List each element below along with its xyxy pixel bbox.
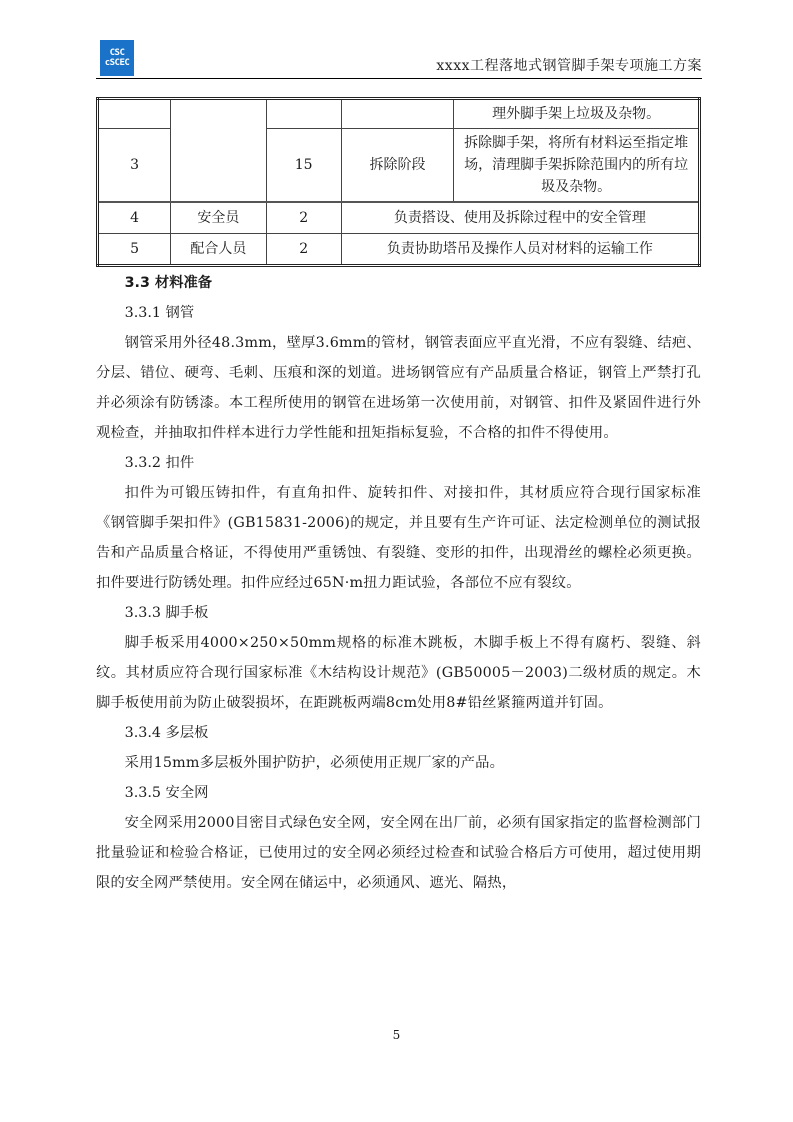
page-header: CSC cSCEC xxxx工程落地式钢管脚手架专项施工方案	[96, 38, 702, 79]
cell-count	[266, 99, 341, 129]
cell-stage	[341, 99, 453, 129]
paragraph-steel-pipe: 钢管采用外径48.3mm，壁厚3.6mm的管材，钢管表面应平直光滑，不应有裂缝、…	[96, 328, 701, 448]
cell-no	[98, 99, 171, 129]
table-row: 理外脚手架上垃圾及杂物。	[98, 99, 700, 129]
section-heading: 3.3 材料准备	[96, 268, 701, 298]
cell-role: 配合人员	[171, 234, 266, 266]
document-title: xxxx工程落地式钢管脚手架专项施工方案	[436, 55, 702, 75]
page-number: 5	[0, 1028, 793, 1042]
cell-role: 安全员	[171, 202, 266, 234]
cell-count: 2	[266, 202, 341, 234]
cell-role	[171, 99, 266, 202]
staffing-table: 理外脚手架上垃圾及杂物。 3 15 拆除阶段 拆除脚手架，将所有材料运至指定堆场…	[96, 97, 701, 267]
cell-duty: 负责协助塔吊及操作人员对材料的运输工作	[341, 234, 699, 266]
subsection-heading-plywood: 3.3.4 多层板	[96, 718, 701, 748]
cell-duty: 负责搭设、使用及拆除过程中的安全管理	[341, 202, 699, 234]
paragraph-fasteners: 扣件为可锻压铸扣件，有直角扣件、旋转扣件、对接扣件，其材质应符合现行国家标准《钢…	[96, 478, 701, 598]
cell-no: 5	[98, 234, 171, 266]
paragraph-plywood: 采用15mm多层板外围护防护，必须使用正规厂家的产品。	[96, 748, 701, 778]
cell-no: 4	[98, 202, 171, 234]
company-logo-icon: CSC cSCEC	[100, 40, 134, 76]
cell-count: 15	[266, 129, 341, 202]
paragraph-scaffold-board: 脚手板采用4000×250×50mm规格的标准木跳板，木脚手板上不得有腐朽、裂缝…	[96, 628, 701, 718]
cell-no: 3	[98, 129, 171, 202]
logo-line-2: cSCEC	[105, 58, 130, 68]
subsection-heading-scaffold-board: 3.3.3 脚手板	[96, 598, 701, 628]
cell-desc: 拆除脚手架，将所有材料运至指定堆场，清理脚手架拆除范围内的所有垃圾及杂物。	[454, 129, 700, 202]
subsection-heading-safety-net: 3.3.5 安全网	[96, 778, 701, 808]
cell-desc: 理外脚手架上垃圾及杂物。	[454, 99, 700, 129]
logo-line-1: CSC	[110, 48, 125, 58]
cell-count: 2	[266, 234, 341, 266]
subsection-heading-fasteners: 3.3.2 扣件	[96, 448, 701, 478]
subsection-heading-steel-pipe: 3.3.1 钢管	[96, 298, 701, 328]
document-body: 3.3 材料准备 3.3.1 钢管 钢管采用外径48.3mm，壁厚3.6mm的管…	[96, 268, 701, 898]
table-row: 4 安全员 2 负责搭设、使用及拆除过程中的安全管理	[98, 202, 700, 234]
paragraph-safety-net: 安全网采用2000目密目式绿色安全网，安全网在出厂前，必须有国家指定的监督检测部…	[96, 808, 701, 898]
cell-stage: 拆除阶段	[341, 129, 453, 202]
table-row: 5 配合人员 2 负责协助塔吊及操作人员对材料的运输工作	[98, 234, 700, 266]
